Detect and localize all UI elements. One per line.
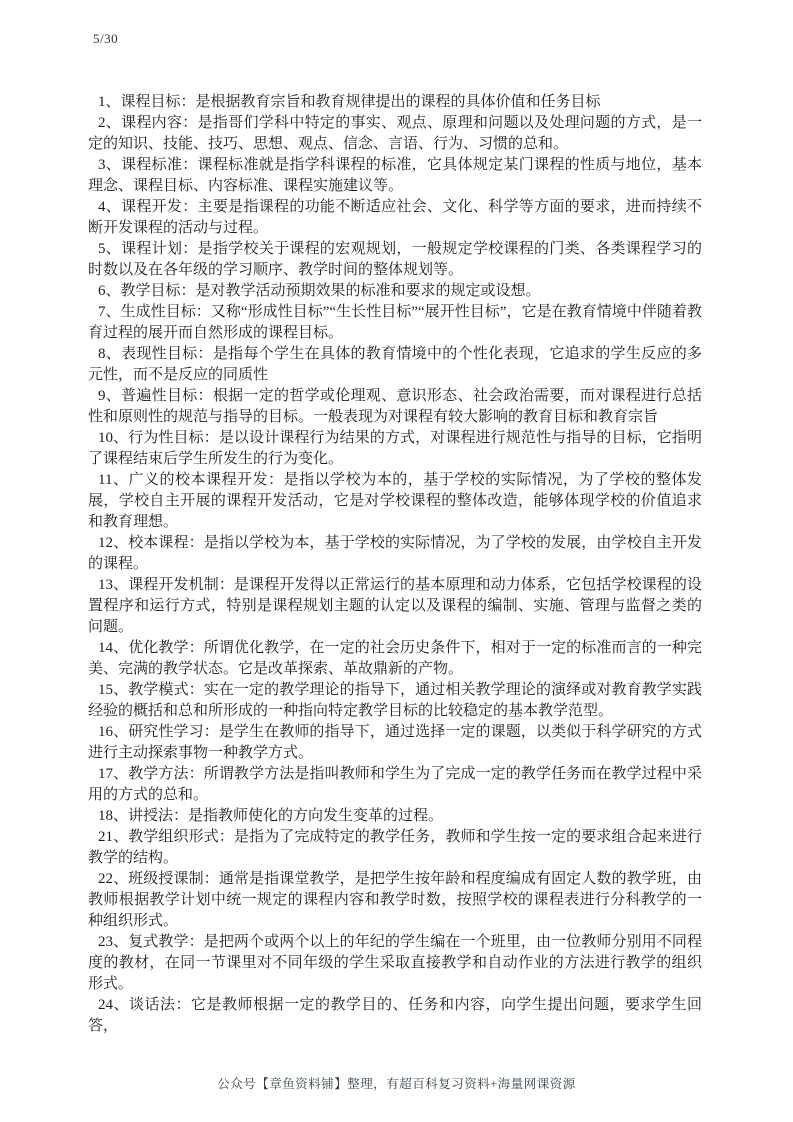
definition-item: 11、广义的校本课程开发：是指以学校为本的，基于学校的实际情况，为了学校的整体发… (88, 470, 702, 533)
definition-item: 3、课程标准：课程标准就是指学科课程的标准，它具体规定某门课程的性质与地位，基本… (88, 155, 702, 197)
definition-item: 23、复式教学：是把两个或两个以上的年纪的学生编在一个班里，由一位教师分别用不同… (88, 932, 702, 995)
definition-item: 1、课程目标：是根据教育宗旨和教育规律提出的课程的具体价值和任务目标 (88, 92, 702, 113)
definition-item: 6、教学目标：是对教学活动预期效果的标准和要求的规定或设想。 (88, 281, 702, 302)
definition-item: 14、优化教学：所谓优化教学，在一定的社会历史条件下，相对于一定的标准而言的一种… (88, 638, 702, 680)
definition-item: 5、课程计划：是指学校关于课程的宏观规划，一般规定学校课程的门类、各类课程学习的… (88, 239, 702, 281)
definitions-list: 1、课程目标：是根据教育宗旨和教育规律提出的课程的具体价值和任务目标2、课程内容… (88, 92, 702, 1037)
page-number: 5/30 (93, 31, 118, 47)
definition-item: 16、研究性学习：是学生在教师的指导下，通过选择一定的课题，以类似于科学研究的方… (88, 722, 702, 764)
footer-note: 公众号【章鱼资料铺】整理，有超百科复习资料+海量网课资源 (0, 1074, 793, 1092)
definition-item: 18、讲授法：是指教师使化的方向发生变革的过程。 (88, 806, 702, 827)
definition-item: 21、教学组织形式：是指为了完成特定的教学任务，教师和学生按一定的要求组合起来进… (88, 827, 702, 869)
definition-item: 10、行为性目标：是以设计课程行为结果的方式，对课程进行规范性与指导的目标，它指… (88, 428, 702, 470)
definition-item: 4、课程开发：主要是指课程的功能不断适应社会、文化、科学等方面的要求，进而持续不… (88, 197, 702, 239)
document-page: 5/30 1、课程目标：是根据教育宗旨和教育规律提出的课程的具体价值和任务目标2… (0, 0, 793, 1122)
definition-item: 12、校本课程：是指以学校为本，基于学校的实际情况，为了学校的发展，由学校自主开… (88, 533, 702, 575)
definition-item: 2、课程内容：是指哥们学科中特定的事实、观点、原理和问题以及处理问题的方式，是一… (88, 113, 702, 155)
definition-item: 22、班级授课制：通常是指课堂教学，是把学生按年龄和程度编成有固定人数的教学班，… (88, 869, 702, 932)
definition-item: 13、课程开发机制：是课程开发得以正常运行的基本原理和动力体系，它包括学校课程的… (88, 575, 702, 638)
definition-item: 9、普遍性目标：根据一定的哲学或伦理观、意识形态、社会政治需要，而对课程进行总括… (88, 386, 702, 428)
definition-item: 8、表现性目标：是指每个学生在具体的教育情境中的个性化表现，它追求的学生反应的多… (88, 344, 702, 386)
definition-item: 15、教学模式：实在一定的教学理论的指导下，通过相关教学理论的演绎或对教育教学实… (88, 680, 702, 722)
definition-item: 24、谈话法：它是教师根据一定的教学目的、任务和内容，向学生提出问题，要求学生回… (88, 995, 702, 1037)
definition-item: 7、生成性目标：又称“形成性目标”“生长性目标”“展开性目标”，它是在教育情境中… (88, 302, 702, 344)
definition-item: 17、教学方法：所谓教学方法是指叫教师和学生为了完成一定的教学任务而在教学过程中… (88, 764, 702, 806)
